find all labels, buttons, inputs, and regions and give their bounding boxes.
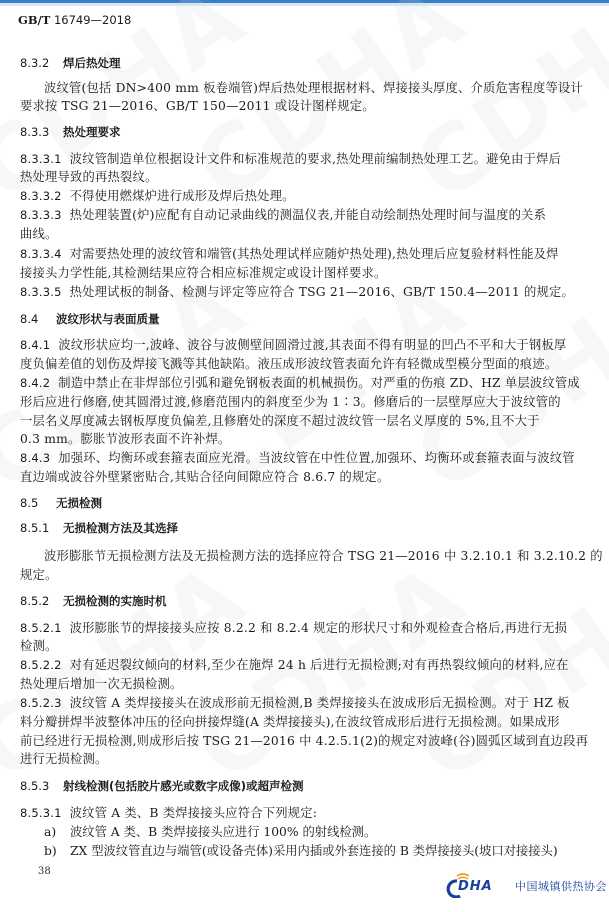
section-heading-8-3-2: 8.3.2焊后热处理 xyxy=(20,55,121,71)
paragraph-line: 规定。 xyxy=(20,567,58,583)
clause-text-line: 曲线。 xyxy=(20,226,58,242)
clause-number: 8.5.2.2 xyxy=(20,657,62,673)
section-number: 8.5.1 xyxy=(20,520,63,536)
section-title: 无损检测 xyxy=(56,496,102,510)
clause-text-line: 一层名义厚度减去钢板厚度负偏差,且修磨处的深度不超过波纹管一层名义厚度的 5%,… xyxy=(20,413,540,429)
section-heading-8-5-1: 8.5.1无损检测方法及其选择 xyxy=(20,520,178,536)
clause-text: 波形膨胀节的焊接接头应按 8.2.2 和 8.2.4 规定的形状尺寸和外观检查合… xyxy=(70,621,568,635)
clause-number: 8.4.3 xyxy=(20,450,50,466)
clause-number: 8.3.3.3 xyxy=(20,207,62,223)
list-text: ZX 型波纹管直边与端管(或设备壳体)采用内插或外套连接的 B 类焊接接头(坡口… xyxy=(70,844,558,858)
clause-text-line: 前已经进行无损检测,则成形后按 TSG 21—2016 中 4.2.5.1(2)… xyxy=(20,733,588,749)
section-number: 8.5.2 xyxy=(20,593,63,609)
clause-text-line: 料分瓣拼焊半波整体冲压的径向拼接焊缝(A 类焊接接头),在波纹管成形后进行无损检… xyxy=(20,714,560,730)
clause-8-3-3-4: 8.3.3.4对需要热处理的波纹管和端管(其热处理试样应随炉热处理),热处理后应… xyxy=(20,246,559,262)
section-number: 8.3.2 xyxy=(20,55,63,71)
section-title: 射线检测(包括胶片感光或数字成像)或超声检测 xyxy=(63,779,304,793)
top-border-shadow xyxy=(0,3,609,6)
section-heading-8-3-3: 8.3.3热处理要求 xyxy=(20,124,121,140)
clause-text: 对有延迟裂纹倾向的材料,至少在施焊 24 h 后进行无损检测;对有再热裂纹倾向的… xyxy=(70,658,569,672)
clause-text-line: 接接头力学性能,其检测结果应符合相应标准规定或设计图样要求。 xyxy=(20,265,387,281)
section-number: 8.3.3 xyxy=(20,124,63,140)
clause-number: 8.5.3.1 xyxy=(20,805,62,821)
section-number: 8.4 xyxy=(20,311,56,327)
list-item-a: a)波纹管 A 类、B 类焊接接头应进行 100% 的射线检测。 xyxy=(44,824,376,840)
clause-text: 热处理装置(炉)应配有自动记录曲线的测温仪表,并能自动绘制热处理时间与温度的关系 xyxy=(70,208,547,222)
clause-8-4-2: 8.4.2制造中禁止在非焊部位引弧和避免钢板表面的机械损伤。对严重的伤痕 ZD、… xyxy=(20,375,580,391)
clause-text-line: 进行无损检测。 xyxy=(20,751,107,767)
clause-text: 波纹管 A 类、B 类焊接接头应符合下列规定: xyxy=(70,806,317,820)
clause-8-5-2-1: 8.5.2.1波形膨胀节的焊接接头应按 8.2.2 和 8.2.4 规定的形状尺… xyxy=(20,620,567,636)
clause-number: 8.3.3.1 xyxy=(20,151,62,167)
logo-text: DHA xyxy=(458,879,493,894)
section-heading-8-5-2: 8.5.2无损检测的实施时机 xyxy=(20,593,167,609)
org-name: 中国城镇供热协会 xyxy=(515,878,607,894)
clause-8-5-2-3: 8.5.2.3波纹管 A 类焊接接头在波成形前无损检测,B 类焊接接头在波成形后… xyxy=(20,695,570,711)
section-title: 无损检测方法及其选择 xyxy=(63,521,178,535)
clause-8-5-2-2: 8.5.2.2对有延迟裂纹倾向的材料,至少在施焊 24 h 后进行无损检测;对有… xyxy=(20,657,569,673)
standard-code: GB/T 16749—2018 xyxy=(18,13,131,27)
clause-number: 8.3.3.4 xyxy=(20,246,62,262)
clause-text-line: 形后应进行修磨,使其圆滑过渡,修磨范围内的斜度至少为 1∶3。修磨后的一层壁厚应… xyxy=(20,394,561,410)
clause-number: 8.5.2.1 xyxy=(20,620,62,636)
clause-text-line: 检测。 xyxy=(20,638,58,654)
standard-number: 16749—2018 xyxy=(54,13,131,27)
section-number: 8.5.3 xyxy=(20,778,63,794)
section-heading-8-5: 8.5无损检测 xyxy=(20,495,102,511)
clause-text-line: 度负偏差值的划伤及焊接飞溅等其他缺陷。液压成形波纹管表面允许有轻微成型模分型面的… xyxy=(20,356,557,372)
clause-text: 加强环、均衡环或套箍表面应光滑。当波纹管在中性位置,加强环、均衡环或套箍表面与波… xyxy=(58,451,574,465)
page-number: 38 xyxy=(38,866,51,877)
clause-8-3-3-1: 8.3.3.1波纹管制造单位根据设计文件和标准规范的要求,热处理前编制热处理工艺… xyxy=(20,151,561,167)
section-title: 焊后热处理 xyxy=(63,56,121,70)
list-text: 波纹管 A 类、B 类焊接接头应进行 100% 的射线检测。 xyxy=(70,825,376,839)
clause-8-3-3-5: 8.3.3.5热处理试板的制备、检测与评定等应符合 TSG 21—2016、GB… xyxy=(20,284,574,300)
clause-number: 8.4.1 xyxy=(20,337,50,353)
clause-8-4-1: 8.4.1波纹形状应均一,波峰、波谷与波侧壁间圆滑过渡,其表面不得有明显的凹凸不… xyxy=(20,337,566,353)
clause-text: 波纹管制造单位根据设计文件和标准规范的要求,热处理前编制热处理工艺。避免由于焊后 xyxy=(70,152,562,166)
clause-text-line: 热处理后增加一次无损检测。 xyxy=(20,676,182,692)
clause-number: 8.4.2 xyxy=(20,375,50,391)
clause-text: 制造中禁止在非焊部位引弧和避免钢板表面的机械损伤。对严重的伤痕 ZD、HZ 单层… xyxy=(58,376,580,390)
section-title: 热处理要求 xyxy=(63,125,121,139)
cdha-logo: DHA 中国城镇供热协会 xyxy=(443,872,603,898)
clause-text: 不得使用燃煤炉进行成形及焊后热处理。 xyxy=(70,189,295,203)
paragraph-line: 波纹管(包括 DN>400 mm 板卷端管)焊后热处理根据材料、焊接接头厚度、介… xyxy=(44,80,583,96)
clause-number: 8.3.3.5 xyxy=(20,284,62,300)
clause-text: 热处理试板的制备、检测与评定等应符合 TSG 21—2016、GB/T 150.… xyxy=(70,285,574,299)
section-title: 无损检测的实施时机 xyxy=(63,594,167,608)
clause-text: 波纹形状应均一,波峰、波谷与波侧壁间圆滑过渡,其表面不得有明显的凹凸不平和大于钢… xyxy=(58,338,566,352)
list-label: a) xyxy=(44,824,70,840)
clause-text-line: 0.3 mm。膨胀节波形表面不许补焊。 xyxy=(20,431,230,447)
section-number: 8.5 xyxy=(20,495,56,511)
section-title: 波纹形状与表面质量 xyxy=(56,312,160,326)
clause-text: 波纹管 A 类焊接接头在波成形前无损检测,B 类焊接接头在波成形后无损检测。对于… xyxy=(70,696,570,710)
clause-8-3-3-3: 8.3.3.3热处理装置(炉)应配有自动记录曲线的测温仪表,并能自动绘制热处理时… xyxy=(20,207,546,223)
list-item-b: b)ZX 型波纹管直边与端管(或设备壳体)采用内插或外套连接的 B 类焊接接头(… xyxy=(44,843,558,859)
clause-number: 8.3.3.2 xyxy=(20,188,62,204)
list-label: b) xyxy=(44,843,70,859)
paragraph-line: 波形膨胀节无损检测方法及无损检测方法的选择应符合 TSG 21—2016 中 3… xyxy=(44,548,603,564)
watermark: CDHA xyxy=(397,0,609,222)
clause-text: 对需要热处理的波纹管和端管(其热处理试样应随炉热处理),热处理后应复验材料性能及… xyxy=(70,247,559,261)
section-heading-8-4: 8.4波纹形状与表面质量 xyxy=(20,311,160,327)
clause-text-line: 直边端或波谷外壁紧密贴合,其贴合径向间隙应符合 8.6.7 的规定。 xyxy=(20,469,390,485)
clause-8-4-3: 8.4.3加强环、均衡环或套箍表面应光滑。当波纹管在中性位置,加强环、均衡环或套… xyxy=(20,450,575,466)
paragraph-line: 要求按 TSG 21—2016、GB/T 150—2011 或设计图样规定。 xyxy=(20,98,375,114)
clause-text-line: 热处理导致的再热裂纹。 xyxy=(20,169,157,185)
section-heading-8-5-3: 8.5.3射线检测(包括胶片感光或数字成像)或超声检测 xyxy=(20,778,304,794)
clause-number: 8.5.2.3 xyxy=(20,695,62,711)
clause-8-3-3-2: 8.3.3.2不得使用燃煤炉进行成形及焊后热处理。 xyxy=(20,188,295,204)
clause-8-5-3-1: 8.5.3.1波纹管 A 类、B 类焊接接头应符合下列规定: xyxy=(20,805,317,821)
standard-prefix: GB/T xyxy=(18,13,50,27)
